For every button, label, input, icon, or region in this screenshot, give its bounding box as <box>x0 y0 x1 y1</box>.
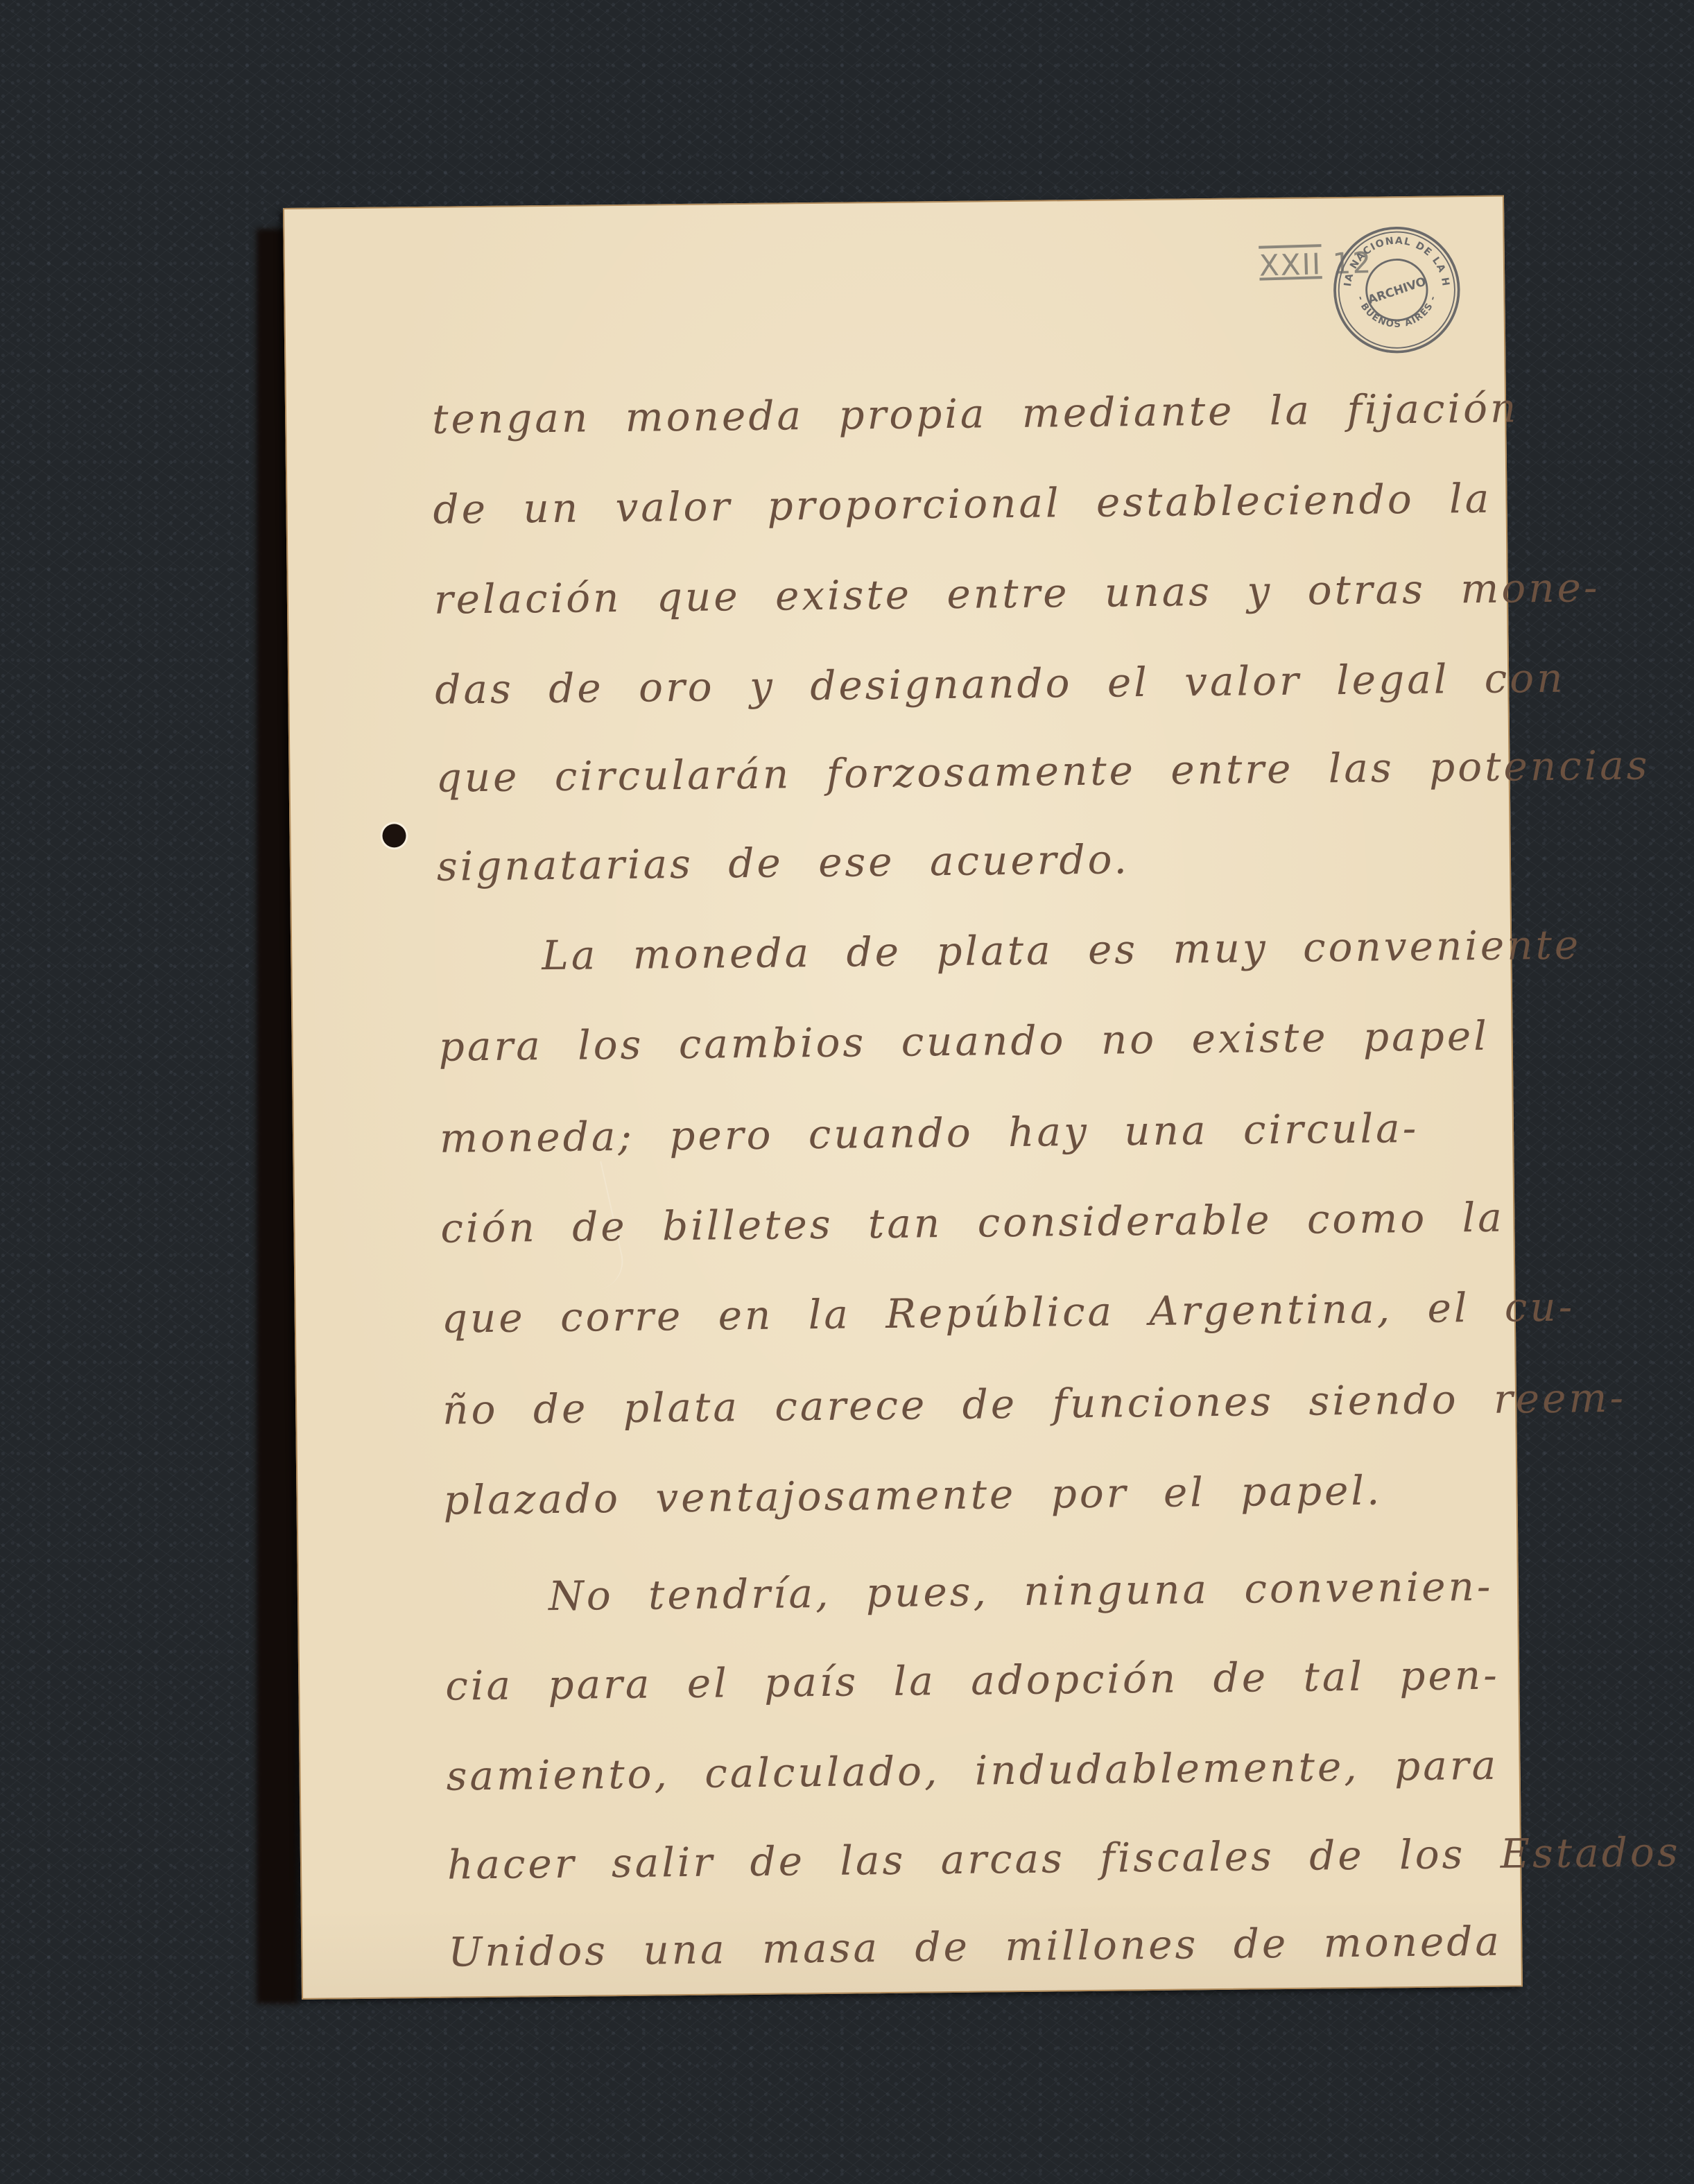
text-line: hacer salir de las arcas fiscales de los… <box>447 1826 1465 1892</box>
text-line: Unidos una masa de millones de moneda <box>448 1914 1466 1979</box>
text-line: que circularán forzosamente entre las po… <box>435 739 1453 805</box>
text-line: ción de billetes tan considerable como l… <box>440 1190 1458 1256</box>
text-line: samiento, calculado, indudablemente, par… <box>446 1737 1464 1803</box>
text-line: das de oro y designando el valor legal c… <box>435 651 1453 717</box>
text-line: de un valor proporcional estableciendo l… <box>433 471 1451 537</box>
manuscript-page: XXII 12 ACADEMIA NACIONAL DE LA HISTORIA… <box>283 196 1523 2000</box>
text-line: cia para el país la adopción de tal pen- <box>445 1647 1463 1713</box>
text-line: relación que existe entre unas y otras m… <box>434 561 1452 627</box>
text-line: signatarias de ese acuerdo. <box>437 828 1455 894</box>
text-line: moneda; pero cuando hay una circula- <box>440 1100 1458 1165</box>
text-line-paragraph-start: La moneda de plata es muy conveniente <box>542 918 1455 983</box>
text-line: para los cambios cuando no existe papel <box>438 1008 1456 1074</box>
text-line: plazado ventajosamente por el papel. <box>443 1462 1461 1527</box>
handwritten-text: tengan moneda propia mediante la fijació… <box>284 197 1521 1998</box>
text-line: ño de plata carece de funciones siendo r… <box>442 1371 1460 1437</box>
text-line: tengan moneda propia mediante la fijació… <box>432 381 1450 447</box>
text-line-paragraph-start: No tendría, pues, ninguna convenien- <box>548 1559 1462 1624</box>
text-line: que corre en la República Argentina, el … <box>441 1280 1459 1346</box>
